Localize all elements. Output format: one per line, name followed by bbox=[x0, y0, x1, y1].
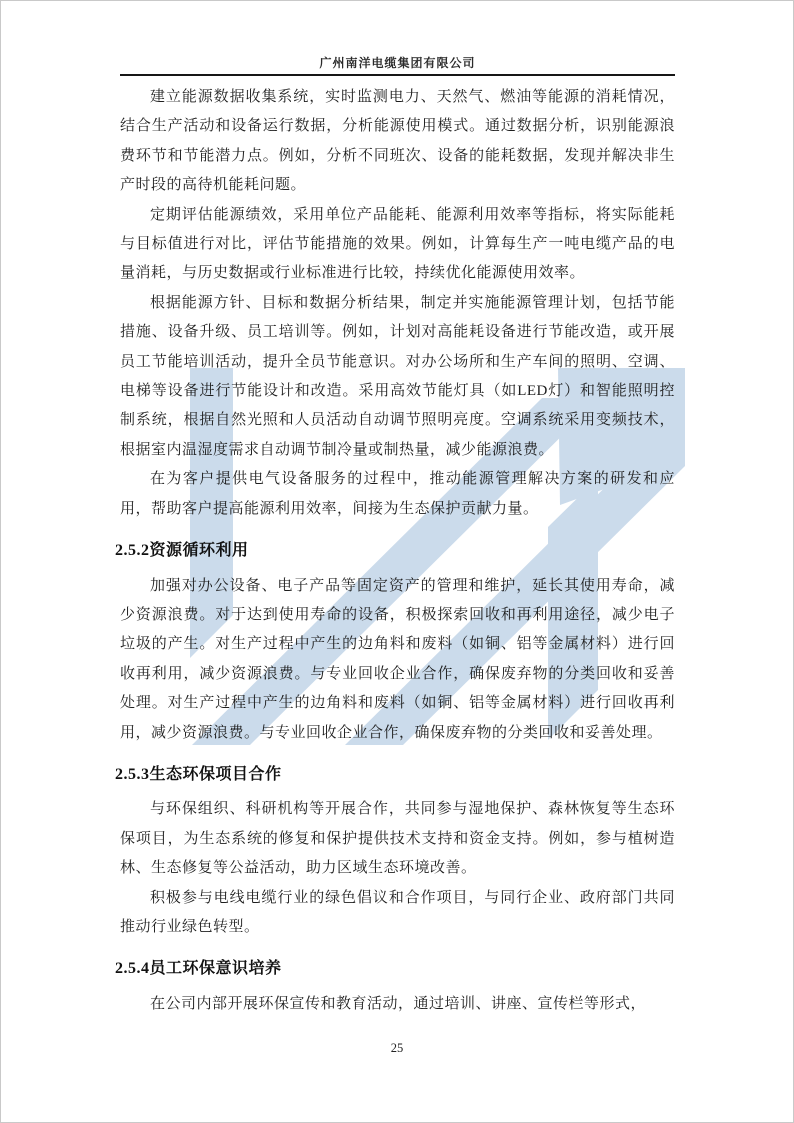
document-body: 建立能源数据收集系统，实时监测电力、天然气、燃油等能源的消耗情况，结合生产活动和… bbox=[120, 83, 675, 1019]
section-heading-2-5-3: 2.5.3生态环保项目合作 bbox=[115, 760, 675, 789]
paragraph: 积极参与电线电缆行业的绿色倡议和合作项目，与同行企业、政府部门共同推动行业绿色转… bbox=[120, 884, 675, 943]
paragraph: 根据能源方针、目标和数据分析结果，制定并实施能源管理计划，包括节能措施、设备升级… bbox=[120, 289, 675, 465]
page-header: 广州南洋电缆集团有限公司 bbox=[120, 0, 675, 76]
header-company-title: 广州南洋电缆集团有限公司 bbox=[120, 54, 675, 74]
document-page: 广州南洋电缆集团有限公司 建立能源数据收集系统，实时监测电力、天然气、燃油等能源… bbox=[0, 0, 794, 1123]
paragraph: 加强对办公设备、电子产品等固定资产的管理和维护，延长其使用寿命，减少资源浪费。对… bbox=[120, 572, 675, 748]
page-number: 25 bbox=[0, 1041, 794, 1056]
paragraph: 在公司内部开展环保宣传和教育活动，通过培训、讲座、宣传栏等形式， bbox=[120, 990, 675, 1019]
paragraph: 建立能源数据收集系统，实时监测电力、天然气、燃油等能源的消耗情况，结合生产活动和… bbox=[120, 83, 675, 201]
paragraph: 与环保组织、科研机构等开展合作，共同参与湿地保护、森林恢复等生态环保项目，为生态… bbox=[120, 795, 675, 883]
section-heading-2-5-2: 2.5.2资源循环利用 bbox=[115, 536, 675, 565]
paragraph: 定期评估能源绩效，采用单位产品能耗、能源利用效率等指标，将实际能耗与目标值进行对… bbox=[120, 201, 675, 289]
paragraph: 在为客户提供电气设备服务的过程中，推动能源管理解决方案的研发和应用，帮助客户提高… bbox=[120, 465, 675, 524]
section-heading-2-5-4: 2.5.4员工环保意识培养 bbox=[115, 954, 675, 983]
